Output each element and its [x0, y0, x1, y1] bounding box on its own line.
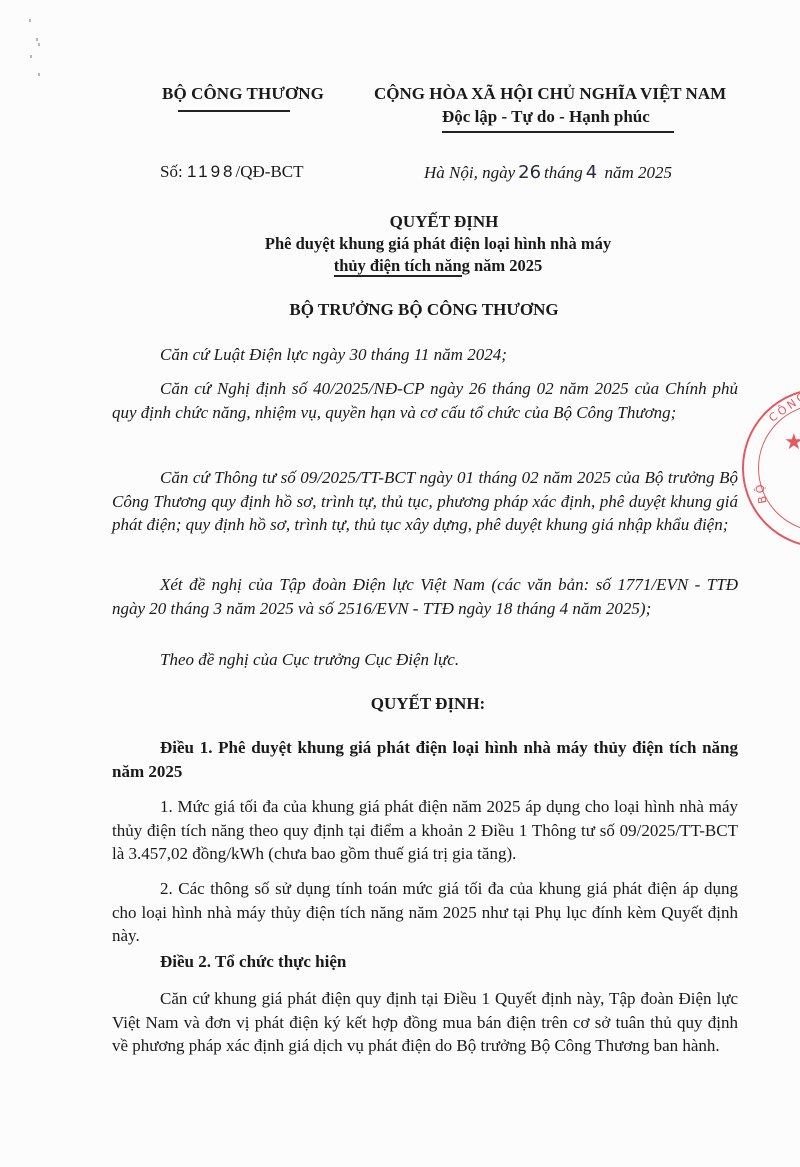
preamble-clause: Căn cứ Thông tư số 09/2025/TT-BCT ngày 0…	[112, 466, 738, 537]
preamble-clause: Căn cứ Luật Điện lực ngày 30 tháng 11 nă…	[112, 343, 738, 367]
scan-speck	[36, 38, 38, 41]
document-title: QUYẾT ĐỊNH	[44, 212, 800, 232]
issuer-title: BỘ TRƯỞNG BỘ CÔNG THƯƠNG	[24, 300, 800, 320]
article-clause: 1. Mức giá tối đa của khung giá phát điệ…	[112, 795, 738, 866]
country-name: CỘNG HÒA XÃ HỘI CHỦ NGHĨA VIỆT NAM	[374, 84, 726, 104]
seal-star-icon: ★	[784, 430, 800, 455]
article-heading: Điều 2. Tổ chức thực hiện	[112, 950, 738, 974]
seal-inner-ring	[758, 404, 800, 532]
decision-heading: QUYẾT ĐỊNH:	[28, 694, 800, 714]
scan-speck	[29, 19, 31, 22]
article-clause: 2. Các thông số sử dụng tính toán mức gi…	[112, 877, 738, 948]
doc-no-value: 1198	[187, 162, 236, 181]
article-heading: Điều 1. Phê duyệt khung giá phát điện lo…	[112, 736, 738, 783]
handwritten-day: 26	[518, 162, 541, 183]
subtitle-underline	[334, 275, 462, 277]
place-label: Hà Nội, ngày	[424, 163, 515, 182]
ministry-underline	[178, 110, 290, 112]
national-motto: Độc lập - Tự do - Hạnh phúc	[442, 107, 650, 127]
year-label: năm 2025	[604, 163, 672, 182]
preamble-clause: Theo đề nghị của Cục trưởng Cục Điện lực…	[112, 648, 738, 672]
scan-speck	[38, 43, 40, 46]
preamble-clause: Căn cứ Nghị định số 40/2025/NĐ-CP ngày 2…	[112, 377, 738, 424]
official-seal-icon: CÔNG BỘ ★	[742, 388, 800, 548]
document-subtitle-line2: thủy điện tích năng năm 2025	[38, 256, 800, 276]
scan-speck	[30, 55, 32, 58]
doc-no-label: Số:	[160, 162, 183, 181]
document-subtitle-line1: Phê duyệt khung giá phát điện loại hình …	[38, 234, 800, 254]
motto-underline	[442, 131, 674, 133]
document-page: BỘ CÔNG THƯƠNG CỘNG HÒA XÃ HỘI CHỦ NGHĨA…	[0, 0, 800, 1167]
article-clause: Căn cứ khung giá phát điện quy định tại …	[112, 987, 738, 1058]
preamble-clause: Xét đề nghị của Tập đoàn Điện lực Việt N…	[112, 573, 738, 620]
handwritten-month: 4	[586, 162, 597, 183]
scan-speck	[38, 73, 40, 76]
month-label: tháng	[544, 163, 583, 182]
doc-no-suffix: /QĐ-BCT	[236, 162, 304, 181]
place-and-date: Hà Nội, ngày26tháng4 năm 2025	[424, 162, 672, 183]
document-number: Số: 1198/QĐ-BCT	[160, 162, 304, 182]
issuing-ministry: BỘ CÔNG THƯƠNG	[162, 84, 324, 104]
